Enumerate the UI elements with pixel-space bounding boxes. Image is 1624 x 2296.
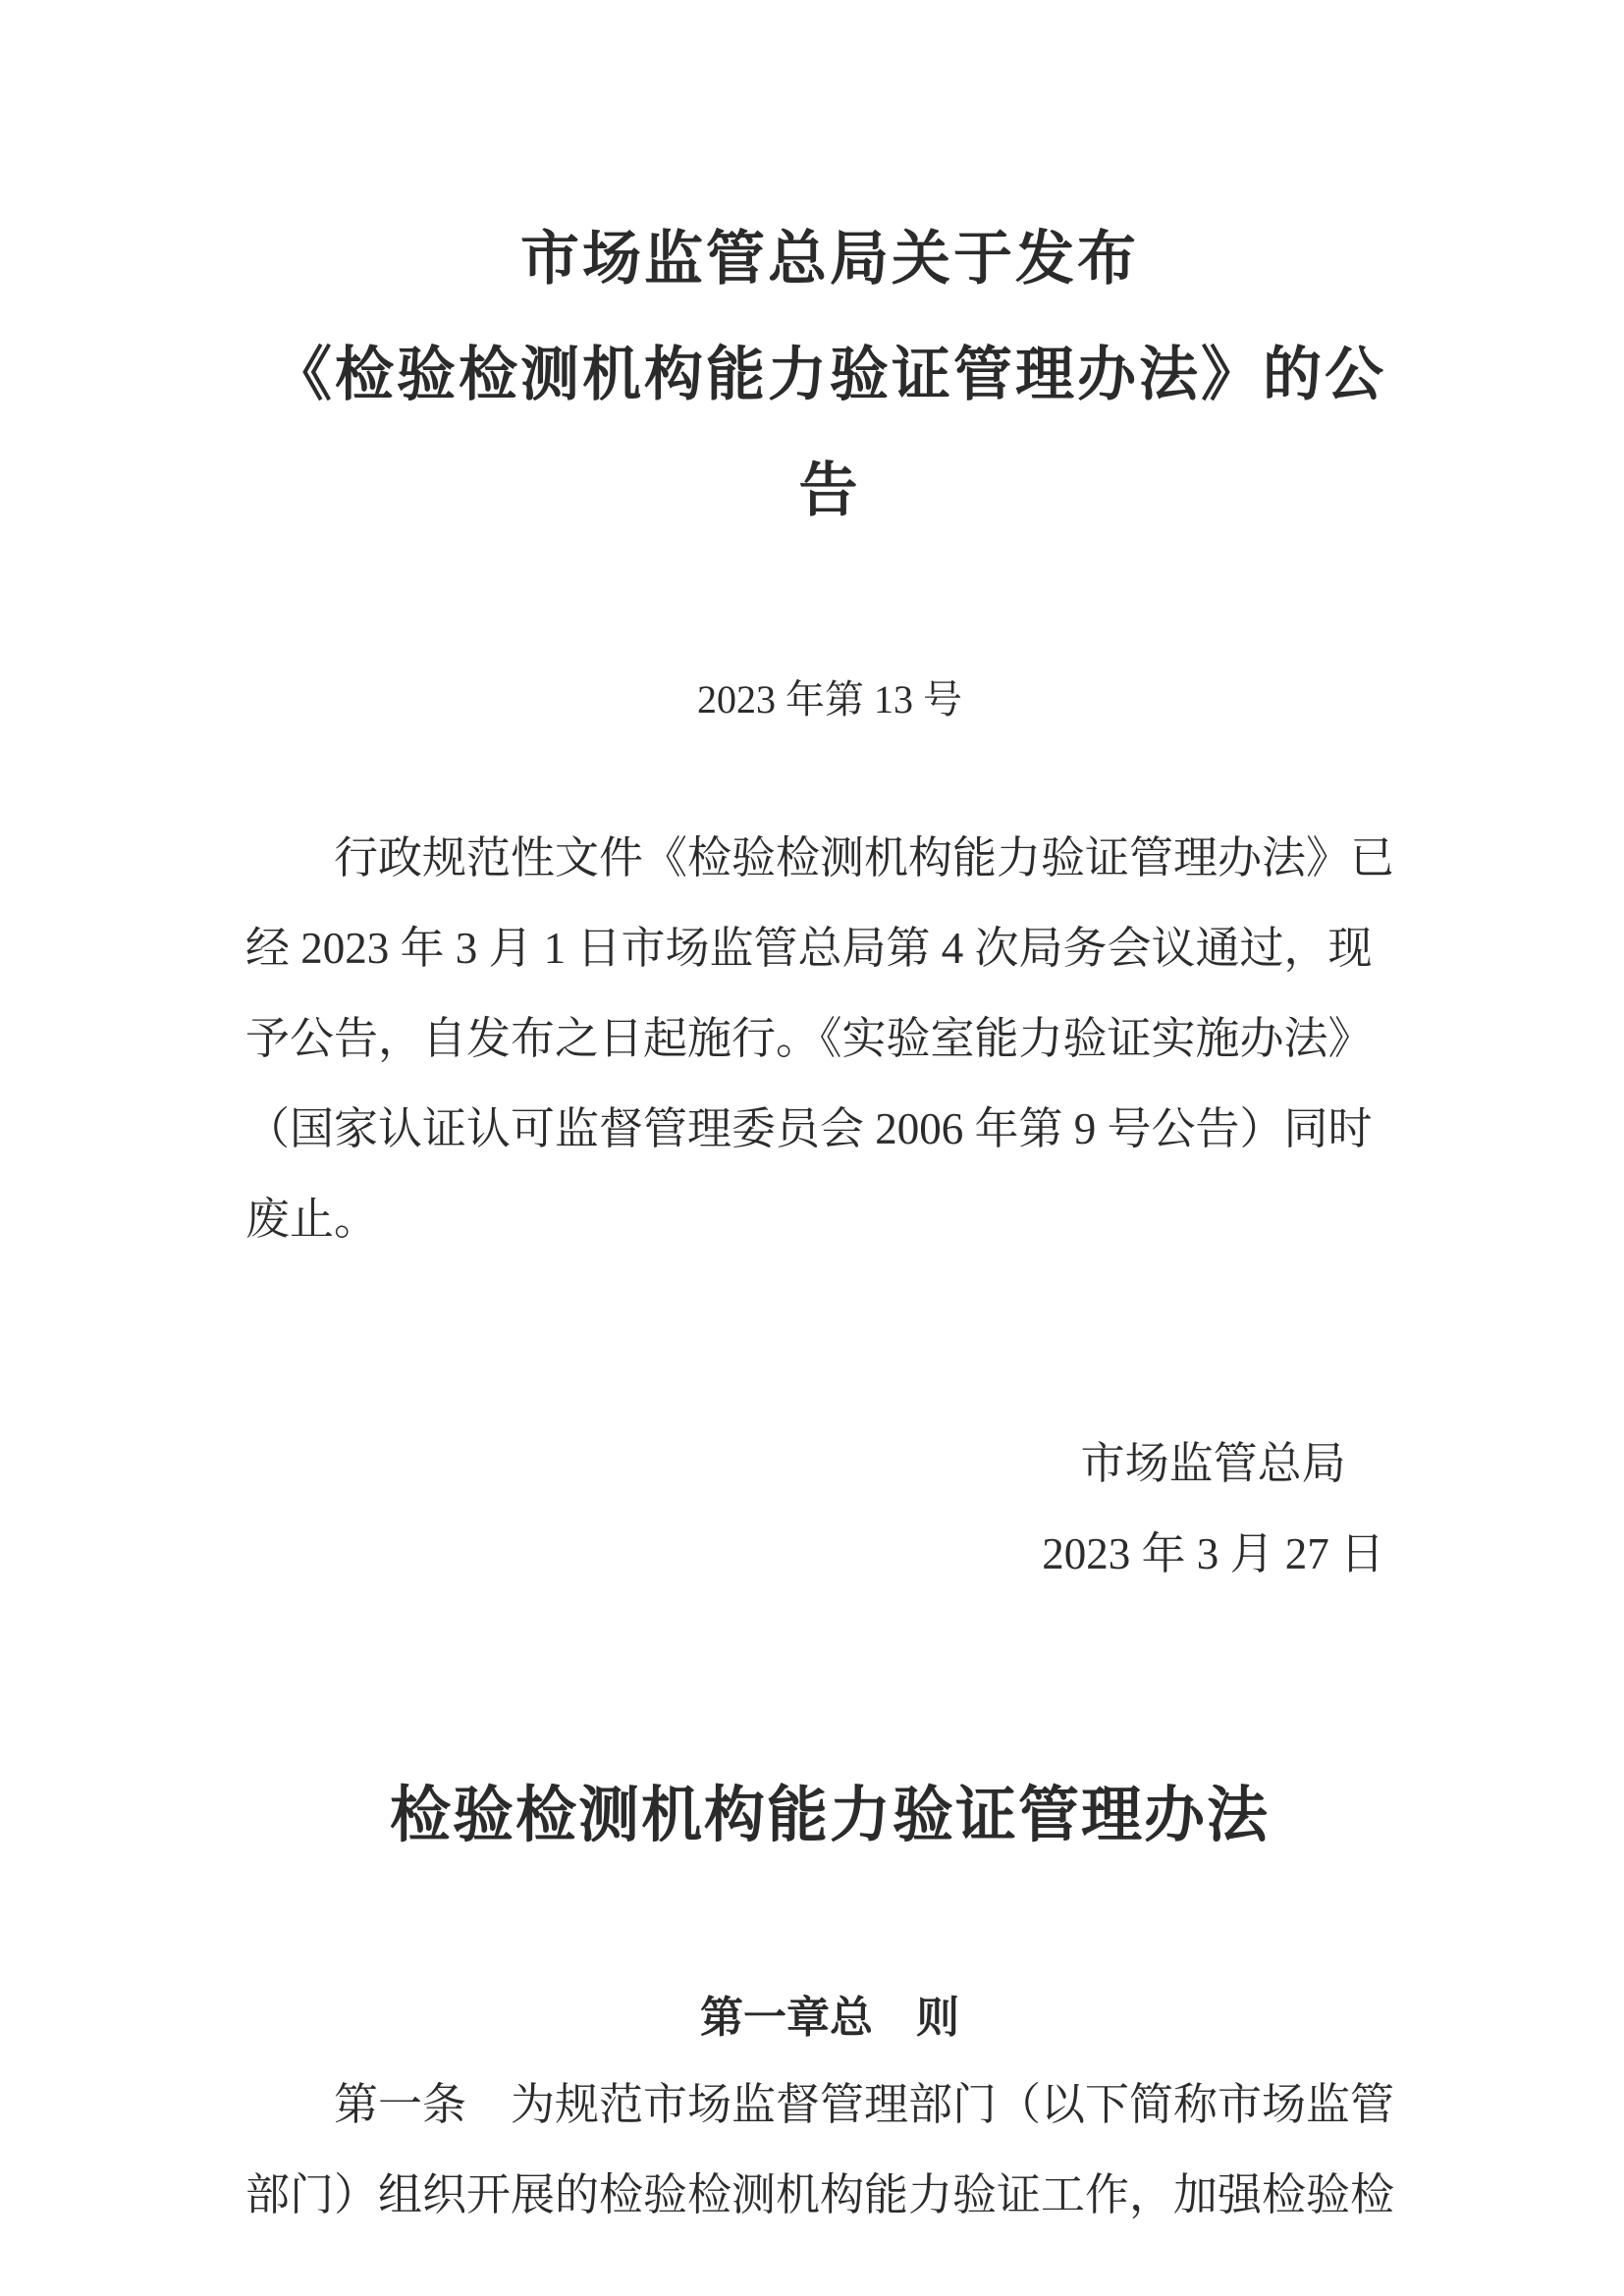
announcement-title: 市场监管总局关于发布 《检验检测机构能力验证管理办法》的公告 [245, 201, 1414, 549]
chapter-body-line: 第一条 为规范市场监督管理部门（以下简称市场监管 [245, 2059, 1414, 2150]
document-number: 2023 年第 13 号 [245, 670, 1414, 729]
announcement-body-line: 经 2023 年 3 月 1 日市场监管总局第 4 次局务会议通过，现 [245, 903, 1414, 993]
announcement-title-line-2: 《检验检测机构能力验证管理办法》的公告 [245, 317, 1414, 549]
signature-date: 2023 年 3 月 27 日 [1042, 1509, 1384, 1599]
announcement-body-line: 行政规范性文件《检验检测机构能力验证管理办法》已 [245, 813, 1414, 903]
regulation-title: 检验检测机构能力验证管理办法 [245, 1772, 1414, 1860]
chapter-1-heading: 第一章总 则 [245, 1989, 1414, 2048]
chapter-body-line: 部门）组织开展的检验检测机构能力验证工作，加强检验检 [245, 2150, 1414, 2240]
chapter-1-body: 第一条 为规范市场监督管理部门（以下简称市场监管 部门）组织开展的检验检测机构能… [245, 2059, 1414, 2240]
signature-block: 市场监管总局 2023 年 3 月 27 日 [1042, 1418, 1384, 1599]
announcement-body-line: 废止。 [245, 1174, 1414, 1264]
document-page: 市场监管总局关于发布 《检验检测机构能力验证管理办法》的公告 2023 年第 1… [0, 0, 1624, 2296]
announcement-body: 行政规范性文件《检验检测机构能力验证管理办法》已 经 2023 年 3 月 1 … [245, 813, 1414, 1264]
announcement-body-line: （国家认证认可监督管理委员会 2006 年第 9 号公告）同时 [245, 1084, 1414, 1174]
announcement-title-line-1: 市场监管总局关于发布 [245, 201, 1414, 317]
signature-issuer: 市场监管总局 [1042, 1418, 1384, 1509]
announcement-body-line: 予公告，自发布之日起施行。《实验室能力验证实施办法》 [245, 993, 1414, 1084]
